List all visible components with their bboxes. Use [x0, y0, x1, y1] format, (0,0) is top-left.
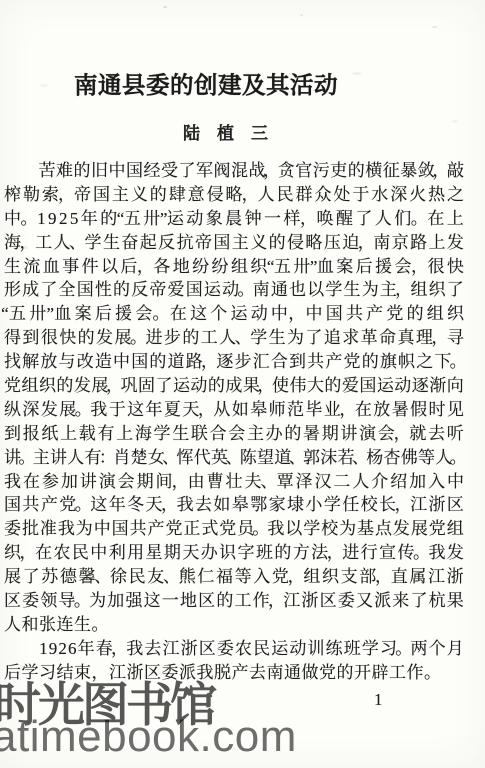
body-line: 得到很快的发展。进步的工人、学生为了追求革命真理，寻 — [4, 326, 464, 350]
body-line: 纵深发展。我于这年夏天，从如皋师范毕业，在放暑假时见 — [4, 398, 464, 422]
body-line: 形成了全国性的反帝爱国运动。南通也以学生为主，组织了 — [4, 278, 464, 302]
watermark-latin: atimebook.com — [0, 712, 297, 762]
scan-speck — [40, 84, 48, 87]
page-title: 南通县委的创建及其活动 — [74, 66, 338, 100]
scanned-book-page: 南通县委的创建及其活动 陆 植 三 苦难的旧中国经受了军阀混战，贪官污吏的横征暴… — [0, 0, 485, 768]
scan-speck — [163, 6, 167, 8]
body-line: 生流血事件以后，各地纷纷组织“五卅”血案后援会，很快 — [4, 255, 464, 279]
body-line: 中。1925年的“五卅”运动象晨钟一样，唤醒了人们。在上 — [4, 207, 464, 231]
body-line: 讲。主讲人有：肖楚女、恽代英、陈望道、郭沫若、杨杏佛等人。 — [4, 446, 464, 470]
body-line: 展了苏德馨、徐民友、熊仁福等入党，组织支部，直属江浙 — [4, 565, 464, 589]
body-line: 苦难的旧中国经受了军阀混战，贪官污吏的横征暴敛，敲 — [4, 159, 464, 183]
body-line: 我在参加讲演会期间，由曹壮夫、覃泽汉二人介绍加入中 — [4, 470, 464, 494]
scan-speck — [452, 120, 458, 123]
body-line: 到报纸上载有上海学生联合会主办的暑期讲演会，就去听 — [4, 422, 464, 446]
scan-speck — [352, 72, 362, 75]
body-line: 海，工人、学生奋起反抗帝国主义的侵略压迫，南京路上发 — [4, 231, 464, 255]
body-line: 党组织的发展，巩固了运动的成果，使伟大的爱国运动逐渐向 — [4, 374, 464, 398]
body-line: 委批准我为中国共产党正式党员。我以学校为基点发展党组 — [4, 517, 464, 541]
body-line: “五卅”血案后援会。在这个运动中，中国共产党的组织 — [4, 302, 464, 326]
body-line: 人和张连生。 — [4, 613, 464, 637]
body-line: 1926年春，我去江浙区委农民运动训练班学习。两个月 — [4, 637, 464, 661]
body-line: 国共产党。这年冬天，我去如皋鄂家埭小学任校长，江浙区 — [4, 493, 464, 517]
scan-speck — [432, 26, 437, 28]
scan-speck — [300, 14, 303, 16]
body-line: 找解放与改造中国的道路，逐步汇合到共产党的旗帜之下。 — [4, 350, 464, 374]
body-line: 织，在农民中利用星期天办识字班的方法，进行宣传。我发 — [4, 541, 464, 565]
body-text: 苦难的旧中国经受了军阀混战，贪官污吏的横征暴敛，敲榨勒索，帝国主义的肆意侵略，人… — [4, 159, 464, 685]
body-line: 区委领导。为加强这一地区的工作，江浙区委又派来了杭果 — [4, 589, 464, 613]
body-line: 榨勒索，帝国主义的肆意侵略，人民群众处于水深火热之 — [4, 183, 464, 207]
page-number: 1 — [374, 690, 383, 710]
author-name: 陆 植 三 — [183, 119, 268, 144]
